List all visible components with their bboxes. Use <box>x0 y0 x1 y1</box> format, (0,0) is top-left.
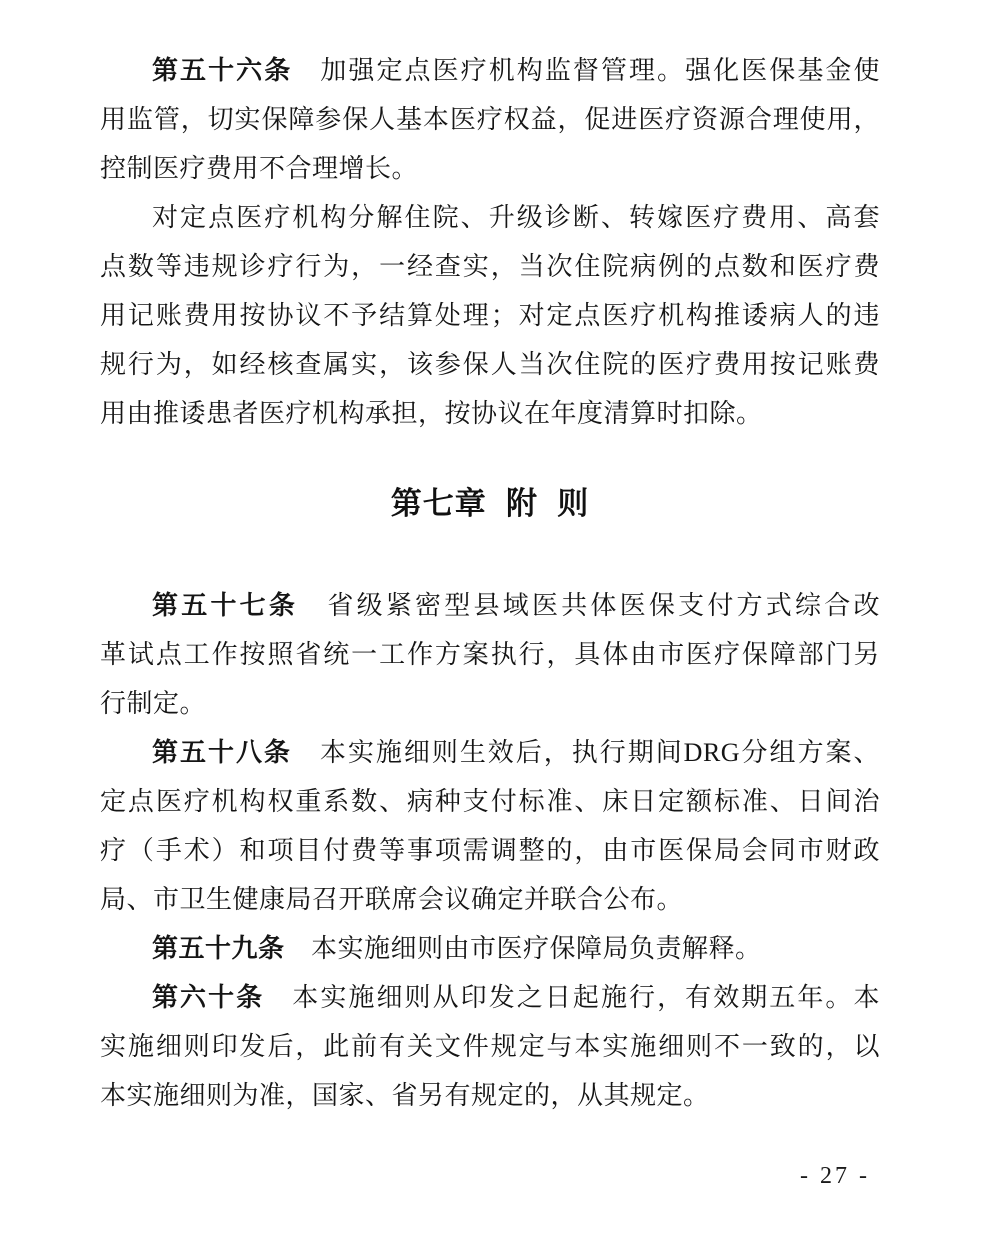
text-line: 行制定。 <box>100 679 880 728</box>
text-line: 控制医疗费用不合理增长。 <box>100 144 880 193</box>
document-body: 第五十六条 加强定点医疗机构监督管理。强化医保基金使用监管，切实保障参保人基本医… <box>100 46 880 1120</box>
text-line: 第五十九条 本实施细则由市医疗保障局负责解释。 <box>100 924 880 973</box>
text-line: 用监管，切实保障参保人基本医疗权益，促进医疗资源合理使用， <box>100 95 880 144</box>
body-text: 本实施细则为准，国家、省另有规定的，从其规定。 <box>100 1081 710 1110</box>
text-line: 实施细则印发后，此前有关文件规定与本实施细则不一致的，以 <box>100 1022 880 1071</box>
text-line: 对定点医疗机构分解住院、升级诊断、转嫁医疗费用、高套 <box>100 193 880 242</box>
body-text: 定点医疗机构权重系数、病种支付标准、床日定额标准、日间治 <box>100 787 880 816</box>
body-text: 本实施细则生效后，执行期间DRG分组方案、 <box>292 738 880 767</box>
article-60: 第六十条 本实施细则从印发之日起施行，有效期五年。本实施细则印发后，此前有关文件… <box>100 973 880 1120</box>
body-text: 本实施细则从印发之日起施行，有效期五年。本 <box>264 983 880 1012</box>
article-56-violations: 对定点医疗机构分解住院、升级诊断、转嫁医疗费用、高套点数等违规诊疗行为，一经查实… <box>100 193 880 438</box>
article-number-label: 第五十七条 <box>152 590 298 620</box>
body-text: 规行为，如经核查属实，该参保人当次住院的医疗费用按记账费 <box>100 350 880 379</box>
text-line: 第五十八条 本实施细则生效后，执行期间DRG分组方案、 <box>100 728 880 777</box>
article-58: 第五十八条 本实施细则生效后，执行期间DRG分组方案、定点医疗机构权重系数、病种… <box>100 728 880 924</box>
text-line: 局、市卫生健康局召开联席会议确定并联合公布。 <box>100 875 880 924</box>
text-line: 革试点工作按照省统一工作方案执行，具体由市医疗保障部门另 <box>100 630 880 679</box>
article-number-label: 第五十九条 <box>152 933 285 963</box>
text-line: 规行为，如经核查属实，该参保人当次住院的医疗费用按记账费 <box>100 340 880 389</box>
article-59: 第五十九条 本实施细则由市医疗保障局负责解释。 <box>100 924 880 973</box>
body-text: 加强定点医疗机构监督管理。强化医保基金使 <box>292 56 880 85</box>
text-line: 用记账费用按协议不予结算处理；对定点医疗机构推诿病人的违 <box>100 291 880 340</box>
body-text: 本实施细则由市医疗保障局负责解释。 <box>285 934 762 963</box>
text-line: 本实施细则为准，国家、省另有规定的，从其规定。 <box>100 1071 880 1120</box>
document-page: 第五十六条 加强定点医疗机构监督管理。强化医保基金使用监管，切实保障参保人基本医… <box>0 0 1000 1241</box>
page-number: - 27 - <box>800 1163 870 1190</box>
text-line: 点数等违规诊疗行为，一经查实，当次住院病例的点数和医疗费 <box>100 242 880 291</box>
article-number-label: 第五十六条 <box>152 55 292 85</box>
text-line: 定点医疗机构权重系数、病种支付标准、床日定额标准、日间治 <box>100 777 880 826</box>
body-text: 点数等违规诊疗行为，一经查实，当次住院病例的点数和医疗费 <box>100 252 880 281</box>
body-text: 省级紧密型县域医共体医保支付方式综合改 <box>298 591 880 620</box>
body-text: 用记账费用按协议不予结算处理；对定点医疗机构推诿病人的违 <box>100 301 880 330</box>
body-text: 对定点医疗机构分解住院、升级诊断、转嫁医疗费用、高套 <box>152 203 880 232</box>
text-line: 用由推诿患者医疗机构承担，按协议在年度清算时扣除。 <box>100 389 880 438</box>
chapter-7-heading: 第七章 附 则 <box>100 479 880 528</box>
text-line: 疗（手术）和项目付费等事项需调整的，由市医保局会同市财政 <box>100 826 880 875</box>
body-text: 实施细则印发后，此前有关文件规定与本实施细则不一致的，以 <box>100 1032 880 1061</box>
article-56: 第五十六条 加强定点医疗机构监督管理。强化医保基金使用监管，切实保障参保人基本医… <box>100 46 880 193</box>
body-text: 革试点工作按照省统一工作方案执行，具体由市医疗保障部门另 <box>100 640 880 669</box>
body-text: 局、市卫生健康局召开联席会议确定并联合公布。 <box>100 885 683 914</box>
article-number-label: 第五十八条 <box>152 737 292 767</box>
body-text: 行制定。 <box>100 689 206 718</box>
article-57: 第五十七条 省级紧密型县域医共体医保支付方式综合改革试点工作按照省统一工作方案执… <box>100 581 880 728</box>
text-line: 第五十七条 省级紧密型县域医共体医保支付方式综合改 <box>100 581 880 630</box>
body-text: 用由推诿患者医疗机构承担，按协议在年度清算时扣除。 <box>100 399 763 428</box>
text-line: 第六十条 本实施细则从印发之日起施行，有效期五年。本 <box>100 973 880 1022</box>
article-number-label: 第六十条 <box>152 982 264 1012</box>
body-text: 疗（手术）和项目付费等事项需调整的，由市医保局会同市财政 <box>100 836 880 865</box>
body-text: 控制医疗费用不合理增长。 <box>100 154 418 183</box>
text-line: 第五十六条 加强定点医疗机构监督管理。强化医保基金使 <box>100 46 880 95</box>
body-text: 用监管，切实保障参保人基本医疗权益，促进医疗资源合理使用， <box>100 105 880 134</box>
